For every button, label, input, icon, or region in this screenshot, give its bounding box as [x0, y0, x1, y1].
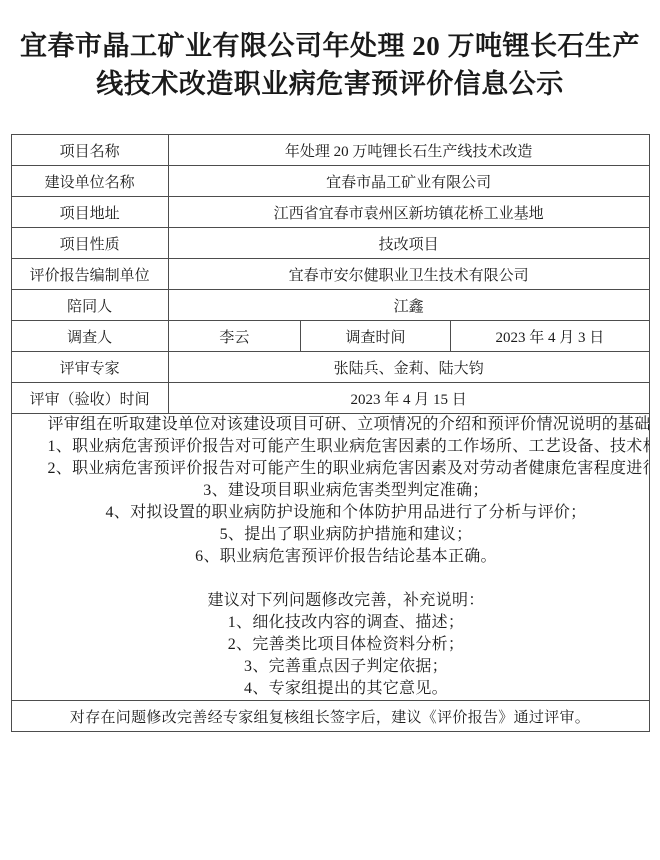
row-value: 宜春市晶工矿业有限公司	[168, 166, 649, 197]
row-label: 项目地址	[11, 197, 168, 228]
row-label: 评价报告编制单位	[11, 259, 168, 290]
row-value: 李云	[168, 321, 300, 352]
row-value: 年处理 20 万吨锂长石生产线技术改造	[168, 135, 649, 166]
row-value: 2023 年 4 月 15 日	[168, 383, 649, 414]
table-row-review-experts: 评审专家 张陆兵、金莉、陆大钧	[11, 352, 649, 383]
opinion-paragraph: 5、提出了职业病防护措施和建议；	[16, 524, 645, 546]
row-value-2: 2023 年 4 月 3 日	[451, 321, 649, 352]
opinion-paragraph: 2、完善类比项目体检资料分析；	[16, 634, 645, 656]
table-row-review-opinion: 评审组在听取建设单位对该建设项目可研、立项情况的介绍和预评价情况说明的基础上，查…	[11, 414, 649, 701]
opinion-paragraph: 4、对拟设置的职业病防护设施和个体防护用品进行了分析与评价；	[16, 502, 645, 524]
row-value: 宜春市安尔健职业卫生技术有限公司	[168, 259, 649, 290]
opinion-paragraph: 建议对下列问题修改完善，补充说明：	[16, 590, 645, 612]
row-value: 张陆兵、金莉、陆大钧	[168, 352, 649, 383]
row-value: 技改项目	[168, 228, 649, 259]
row-value: 江鑫	[168, 290, 649, 321]
table-row-conclusion: 对存在问题修改完善经专家组复核组长签字后，建议《评价报告》通过评审。	[11, 701, 649, 732]
row-label: 评审（验收）时间	[11, 383, 168, 414]
notice-page: 宜春市晶工矿业有限公司年处理 20 万吨锂长石生产线技术改造职业病危害预评价信息…	[0, 0, 660, 860]
table-row-accompanying-person: 陪同人 江鑫	[11, 290, 649, 321]
conclusion-cell: 对存在问题修改完善经专家组复核组长签字后，建议《评价报告》通过评审。	[11, 701, 649, 732]
page-title: 宜春市晶工矿业有限公司年处理 20 万吨锂长石生产线技术改造职业病危害预评价信息…	[12, 27, 648, 103]
opinion-paragraph: 1、职业病危害预评价报告对可能产生职业病危害因素的工作场所、工艺设备、技术材料等…	[16, 436, 645, 458]
opinion-paragraph: 3、完善重点因子判定依据；	[16, 656, 645, 678]
row-label: 建设单位名称	[11, 166, 168, 197]
opinion-paragraph: 4、专家组提出的其它意见。	[16, 678, 645, 700]
opinion-paragraph: 1、细化技改内容的调查、描述；	[16, 612, 645, 634]
opinion-paragraph: 3、建设项目职业病危害类型判定准确；	[16, 480, 645, 502]
table-row-project-address: 项目地址 江西省宜春市袁州区新坊镇花桥工业基地	[11, 197, 649, 228]
opinion-paragraph: 评审组在听取建设单位对该建设项目可研、立项情况的介绍和预评价情况说明的基础上，查…	[16, 414, 645, 436]
row-value: 江西省宜春市袁州区新坊镇花桥工业基地	[168, 197, 649, 228]
opinion-paragraph: 6、职业病危害预评价报告结论基本正确。	[16, 546, 645, 568]
table-row-project-nature: 项目性质 技改项目	[11, 228, 649, 259]
table-row-report-compiler: 评价报告编制单位 宜春市安尔健职业卫生技术有限公司	[11, 259, 649, 290]
table-row-construction-unit: 建设单位名称 宜春市晶工矿业有限公司	[11, 166, 649, 197]
row-label: 陪同人	[11, 290, 168, 321]
row-label: 项目性质	[11, 228, 168, 259]
table-row-investigator: 调查人 李云 调查时间 2023 年 4 月 3 日	[11, 321, 649, 352]
table-row-project-name: 项目名称 年处理 20 万吨锂长石生产线技术改造	[11, 135, 649, 166]
info-table: 项目名称 年处理 20 万吨锂长石生产线技术改造 建设单位名称 宜春市晶工矿业有…	[11, 134, 650, 732]
row-label: 调查人	[11, 321, 168, 352]
row-label: 项目名称	[11, 135, 168, 166]
review-opinion-cell: 评审组在听取建设单位对该建设项目可研、立项情况的介绍和预评价情况说明的基础上，查…	[11, 414, 649, 701]
row-label-2: 调查时间	[300, 321, 450, 352]
opinion-paragraph: 2、职业病危害预评价报告对可能产生的职业病危害因素及对劳动者健康危害程度进行了分…	[16, 458, 645, 480]
table-row-review-time: 评审（验收）时间 2023 年 4 月 15 日	[11, 383, 649, 414]
row-label: 评审专家	[11, 352, 168, 383]
